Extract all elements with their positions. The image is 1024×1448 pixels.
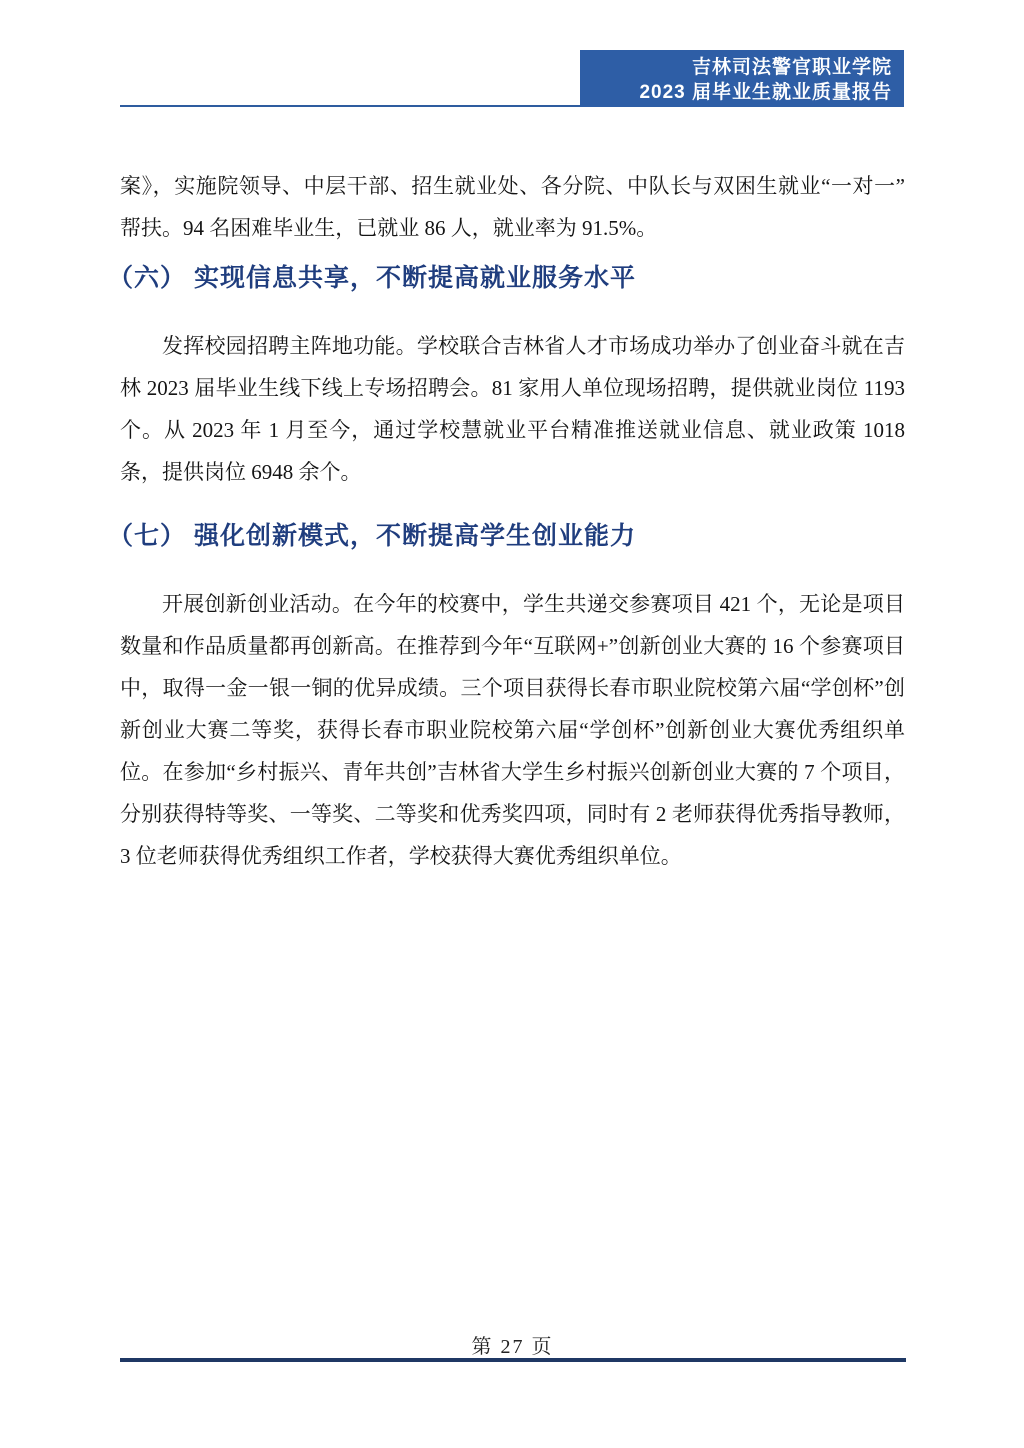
document-page: 吉林司法警官职业学院 2023 届毕业生就业质量报告 案》，实施院领导、中层干部… [0,0,1024,1448]
paragraph-intro: 案》，实施院领导、中层干部、招生就业处、各分院、中队长与双困生就业“一对一”帮扶… [120,165,905,249]
header-banner: 吉林司法警官职业学院 2023 届毕业生就业质量报告 [580,50,904,107]
footer-rule [120,1358,906,1362]
section-heading-6: （六） 实现信息共享，不断提高就业服务水平 [108,263,908,293]
section-paragraph-7: 开展创新创业活动。在今年的校赛中，学生共递交参赛项目 421 个，无论是项目数量… [120,583,905,877]
header-school-name: 吉林司法警官职业学院 [580,55,892,80]
footer-page-number: 第 27 页 [120,1330,905,1359]
header-report-title: 2023 届毕业生就业质量报告 [580,80,892,105]
section-paragraph-6: 发挥校园招聘主阵地功能。学校联合吉林省人才市场成功举办了创业奋斗就在吉林 202… [120,325,905,493]
section-heading-7: （七） 强化创新模式，不断提高学生创业能力 [108,521,908,551]
